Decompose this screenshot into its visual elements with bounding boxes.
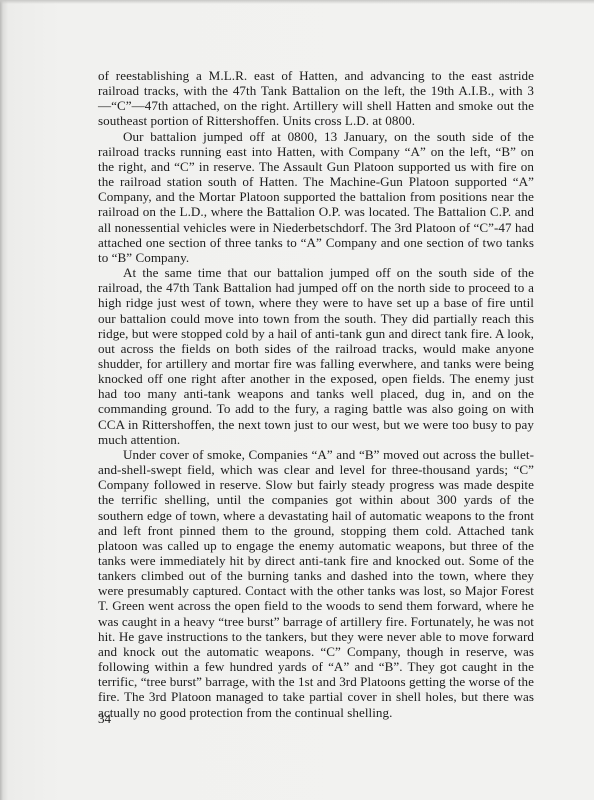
body-text: of reestablishing a M.L.R. east of Hatte… <box>98 68 534 720</box>
paragraph-under-cover-of-smoke: Under cover of smoke, Companies “A” and … <box>98 447 534 720</box>
bleed-through-text: ~~~~~~~~~~~~~~~~~~~~~~~~~~~~~~~~ <box>290 689 463 700</box>
scanned-page: of reestablishing a M.L.R. east of Hatte… <box>0 0 594 800</box>
page-number: 34 <box>98 711 111 727</box>
paragraph-tank-battalion: At the same time that our battalion jump… <box>98 265 534 447</box>
paragraph-continued: of reestablishing a M.L.R. east of Hatte… <box>98 68 534 129</box>
paragraph-battalion-jump-off: Our battalion jumped off at 0800, 13 Jan… <box>98 129 534 265</box>
